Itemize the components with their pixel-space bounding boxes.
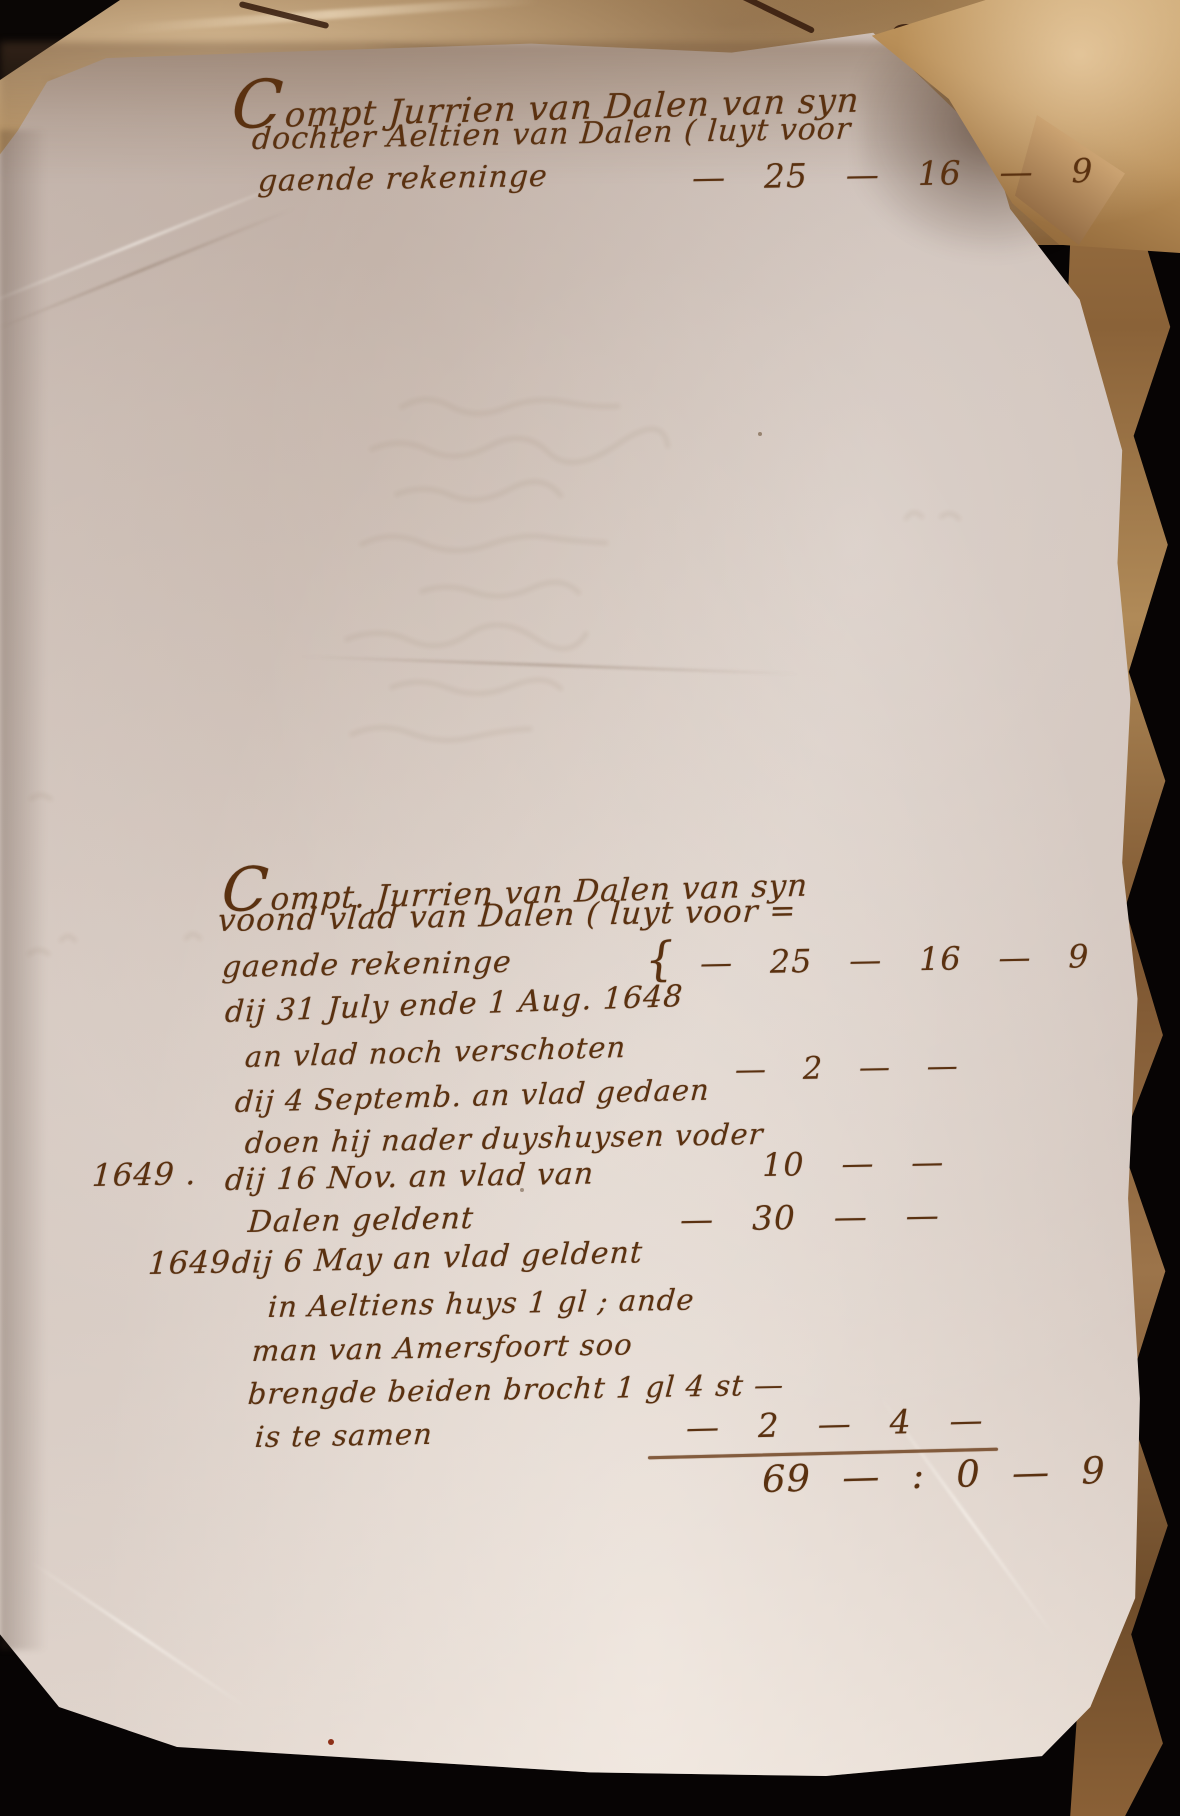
amount-value: — 25 — 16 — 9 — [700, 937, 1090, 982]
margin-year: 1649 . — [91, 1156, 197, 1194]
amount-value: 10 — — — [762, 1143, 945, 1184]
entry-line: dij 16 Nov. an vlad van — [224, 1157, 596, 1198]
entry-line: is te samen — [254, 1417, 434, 1454]
entry-line: Dalen geldent — [247, 1201, 475, 1240]
manuscript-photo: Compt Jurrien van Dalen van syn dochter … — [0, 0, 1180, 1816]
amount-value: — 25 — 16 — 9 — [692, 151, 1094, 197]
amount-value: — 30 — — — [680, 1195, 940, 1239]
entry-line: man van Amersfoort soo — [251, 1327, 634, 1368]
entry-line: gaende rekeninge — [221, 945, 513, 985]
entry-line: gaende rekeninge — [257, 159, 549, 199]
amount-value: — 2 — — — [735, 1048, 959, 1088]
amount-value: — 2 — 4 — — [685, 1400, 983, 1447]
margin-year: 1649 — [147, 1245, 232, 1282]
total-value: 69 — : 0 — 9 — [761, 1449, 1106, 1501]
